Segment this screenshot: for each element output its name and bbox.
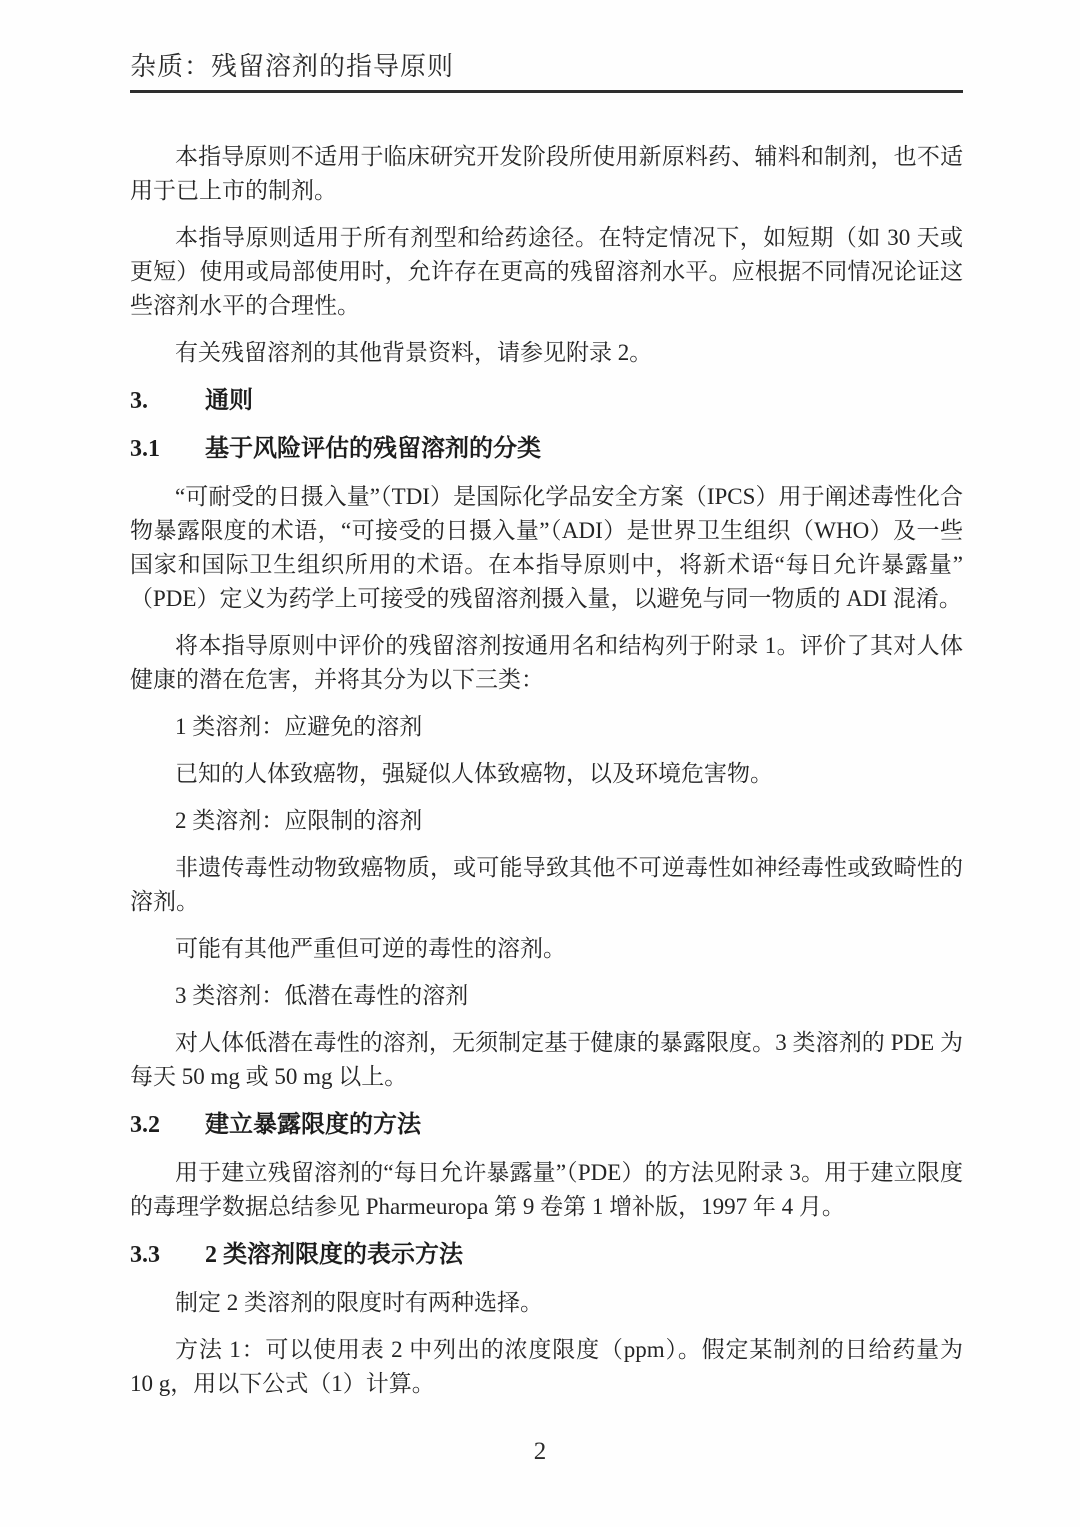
para-background-reference: 有关残留溶剂的其他背景资料，请参见附录 2。: [130, 336, 963, 370]
document-body: 本指导原则不适用于临床研究开发阶段所使用新原料药、辅料和制剂，也不适用于已上市的…: [130, 140, 963, 1401]
section-number: 3.1: [130, 432, 205, 466]
page-number: 2: [0, 1435, 1080, 1469]
line-class2-reversible-toxicity: 可能有其他严重但可逆的毒性的溶剂。: [130, 932, 963, 966]
line-class2-solvents: 2 类溶剂：应限制的溶剂: [130, 804, 963, 838]
section-number: 3.2: [130, 1108, 205, 1142]
para-class3-description: 对人体低潜在毒性的溶剂，无须制定基于健康的暴露限度。3 类溶剂的 PDE 为每天…: [130, 1026, 963, 1094]
running-header: 杂质：残留溶剂的指导原则: [130, 50, 963, 93]
line-class3-solvents: 3 类溶剂：低潜在毒性的溶剂: [130, 979, 963, 1013]
heading-3-general-principles: 3. 通则: [130, 384, 963, 418]
section-title: 基于风险评估的残留溶剂的分类: [205, 432, 963, 466]
heading-3-1-classification: 3.1 基于风险评估的残留溶剂的分类: [130, 432, 963, 466]
line-class1-description: 已知的人体致癌物，强疑似人体致癌物，以及环境危害物。: [130, 757, 963, 791]
para-appendix1-three-classes: 将本指导原则中评价的残留溶剂按通用名和结构列于附录 1。评价了其对人体健康的潜在…: [130, 629, 963, 697]
heading-3-3-class2-limit-expression: 3.3 2 类溶剂限度的表示方法: [130, 1238, 963, 1272]
running-header-text: 杂质：残留溶剂的指导原则: [130, 52, 454, 81]
section-title: 建立暴露限度的方法: [205, 1108, 963, 1142]
para-class2-description: 非遗传毒性动物致癌物质，或可能导致其他不可逆毒性如神经毒性或致畸性的溶剂。: [130, 851, 963, 919]
heading-3-2-exposure-limits: 3.2 建立暴露限度的方法: [130, 1108, 963, 1142]
document-page: 杂质：残留溶剂的指导原则 本指导原则不适用于临床研究开发阶段所使用新原料药、辅料…: [0, 0, 1080, 1527]
section-title: 通则: [205, 384, 963, 418]
line-class1-solvents: 1 类溶剂：应避免的溶剂: [130, 710, 963, 744]
para-scope-applicable: 本指导原则适用于所有剂型和给药途径。在特定情况下，如短期（如 30 天或更短）使…: [130, 221, 963, 323]
para-option1-formula: 方法 1：可以使用表 2 中列出的浓度限度（ppm）。假定某制剂的日给药量为 1…: [130, 1333, 963, 1401]
section-number: 3.3: [130, 1238, 205, 1272]
para-two-options: 制定 2 类溶剂的限度时有两种选择。: [130, 1286, 963, 1320]
para-pde-method-reference: 用于建立残留溶剂的“每日允许暴露量”（PDE）的方法见附录 3。用于建立限度的毒…: [130, 1156, 963, 1224]
section-title: 2 类溶剂限度的表示方法: [205, 1238, 963, 1272]
para-scope-not-applicable: 本指导原则不适用于临床研究开发阶段所使用新原料药、辅料和制剂，也不适用于已上市的…: [130, 140, 963, 208]
para-tdi-adi-pde-terms: “可耐受的日摄入量”（TDI）是国际化学品安全方案（IPCS）用于阐述毒性化合物…: [130, 480, 963, 616]
section-number: 3.: [130, 384, 205, 418]
